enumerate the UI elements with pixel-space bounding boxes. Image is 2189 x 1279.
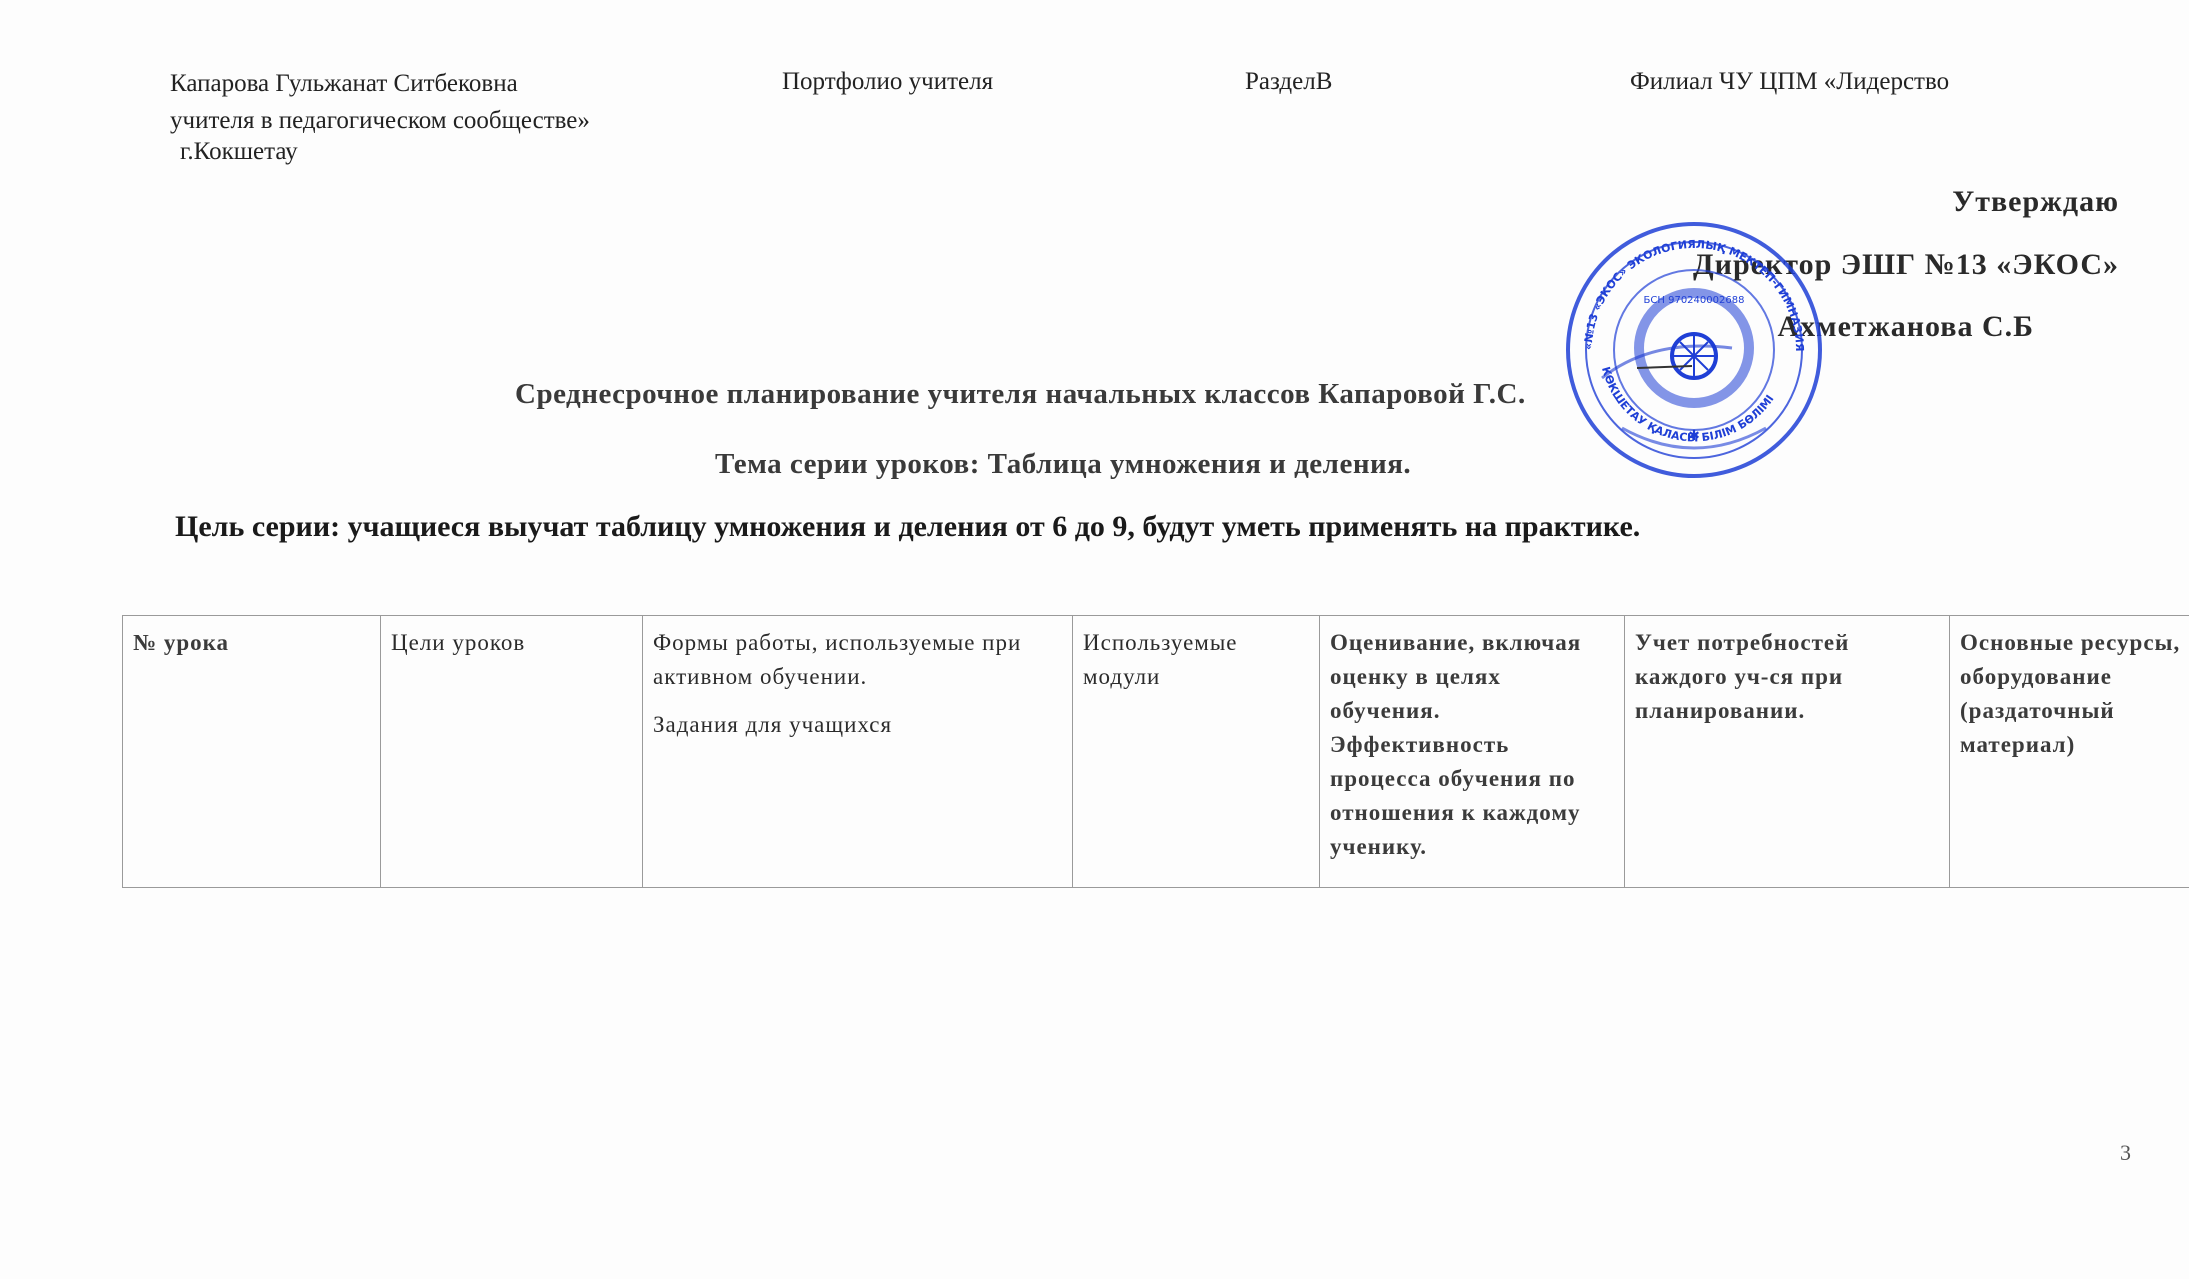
portfolio-label: Портфолио учителя — [782, 68, 993, 96]
column-header-lesson-number: № урока — [123, 616, 381, 888]
official-seal-icon: «№13 «ЭКОС» ЭКОЛОГИЯЛЫҚ МЕКТЕП-ГИМНАЗИЯС… — [1562, 218, 1827, 483]
column-header-modules: Используемые модули — [1073, 616, 1320, 888]
approve-label: Утверждаю — [1952, 185, 2119, 219]
column-header-resources: Основные ресурсы, оборудование (раздаточ… — [1950, 616, 2189, 888]
planning-table: № урока Цели уроков Формы работы, исполь… — [122, 615, 2189, 888]
svg-text:✱: ✱ — [1688, 429, 1700, 444]
column-header-assessment: Оценивание, включая оценку в целях обуче… — [1320, 616, 1625, 888]
branch-label: Филиал ЧУ ЦПМ «Лидерство — [1630, 68, 1949, 96]
column-header-work-forms: Формы работы, используемые при активном … — [643, 616, 1073, 888]
column-subheader-tasks: Задания для учащихся — [653, 708, 1062, 742]
document-title: Среднесрочное планирование учителя начал… — [515, 378, 1526, 411]
author-line2: учителя в педагогическом сообществе» — [170, 107, 590, 135]
svg-text:БСН 970240002688: БСН 970240002688 — [1644, 295, 1745, 306]
svg-text:«№13 «ЭКОС» ЭКОЛОГИЯЛЫҚ МЕКТЕП: «№13 «ЭКОС» ЭКОЛОГИЯЛЫҚ МЕКТЕП-ГИМНАЗИЯС… — [1562, 218, 1806, 352]
section-label: РазделВ — [1245, 68, 1332, 96]
table-header-row: № урока Цели уроков Формы работы, исполь… — [123, 616, 2189, 888]
column-header-student-needs: Учет потребностей каждого уч-ся при план… — [1625, 616, 1950, 888]
series-goal: Цель серии: учащиеся выучат таблицу умно… — [175, 510, 1640, 544]
column-header-lesson-goals: Цели уроков — [381, 616, 643, 888]
page-number: 3 — [2120, 1140, 2131, 1166]
series-topic: Тема серии уроков: Таблица умножения и д… — [715, 448, 1411, 481]
city-label: г.Кокшетау — [180, 138, 298, 166]
author-name: Капарова Гульжанат Ситбековна — [170, 70, 518, 98]
